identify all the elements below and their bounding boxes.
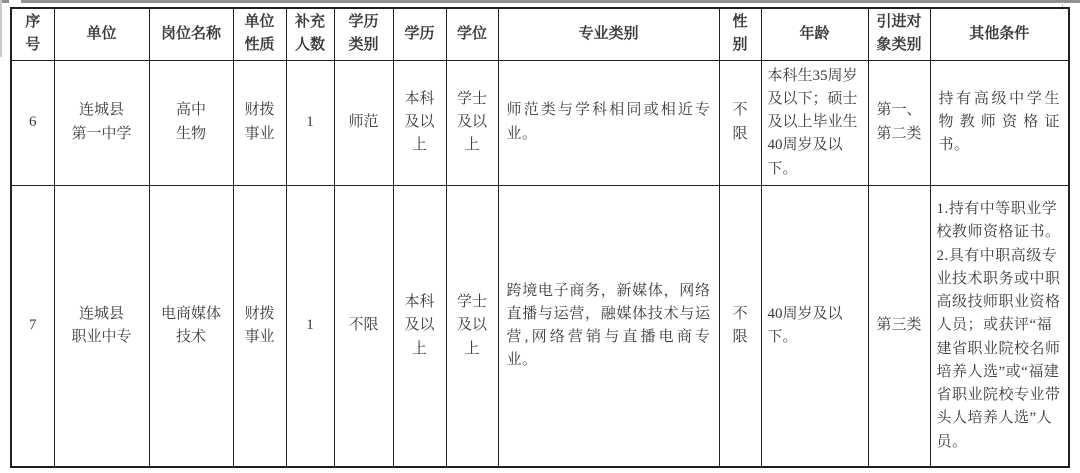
header-education: 学历 bbox=[393, 8, 446, 60]
header-position-name: 岗位名称 bbox=[149, 8, 233, 60]
table-row-6: 6 连城县 第一中学 高中 生物 财拨 事业 1 师范 本科 及以 上 学士 及… bbox=[11, 60, 1069, 185]
cell-intro-target-category: 第一、 第二类 bbox=[868, 60, 930, 185]
cell-position-name: 电商媒体 技术 bbox=[149, 185, 233, 467]
header-headcount: 补充 人数 bbox=[286, 8, 334, 60]
cell-unit: 连城县 第一中学 bbox=[54, 60, 149, 185]
cell-other-conditions: 持有高级中学生物教师资格证书。 bbox=[930, 60, 1069, 185]
page-top-edge-gap bbox=[9, 0, 21, 3]
cell-degree: 学士 及以 上 bbox=[446, 185, 498, 467]
cell-age: 本科生35周岁及以下；硕士及以上毕业生40周岁及以下。 bbox=[761, 60, 868, 185]
header-serial-number: 序 号 bbox=[11, 8, 54, 60]
header-education-category: 学历 类别 bbox=[334, 8, 393, 60]
table-row-7: 7 连城县 职业中专 电商媒体 技术 财拨 事业 1 不限 本科 及以 上 学士… bbox=[11, 185, 1069, 467]
cell-intro-target-category: 第三类 bbox=[868, 185, 930, 467]
cell-education: 本科 及以 上 bbox=[393, 185, 446, 467]
cell-education-category: 不限 bbox=[334, 185, 393, 467]
cell-unit: 连城县 职业中专 bbox=[54, 185, 149, 467]
header-age: 年龄 bbox=[761, 8, 868, 60]
cell-major-category: 师范类与学科相同或相近专业。 bbox=[498, 60, 719, 185]
cell-unit-type: 财拨 事业 bbox=[233, 185, 286, 467]
header-gender: 性 别 bbox=[719, 8, 761, 60]
header-degree: 学位 bbox=[446, 8, 498, 60]
header-unit: 单位 bbox=[54, 8, 149, 60]
cell-serial-number: 7 bbox=[11, 185, 54, 467]
cell-degree: 学士 及以 上 bbox=[446, 60, 498, 185]
cell-gender: 不 限 bbox=[719, 185, 761, 467]
header-major-category: 专业类别 bbox=[498, 8, 719, 60]
cell-serial-number: 6 bbox=[11, 60, 54, 185]
page-top-edge bbox=[0, 0, 1080, 3]
cell-major-category: 跨境电子商务，新媒体，网络直播与运营，融媒体技术与运营,网络营销与直播电商专业。 bbox=[498, 185, 719, 467]
cell-age: 40周岁及以下。 bbox=[761, 185, 868, 467]
cell-education-category: 师范 bbox=[334, 60, 393, 185]
cell-education: 本科 及以 上 bbox=[393, 60, 446, 185]
cell-headcount: 1 bbox=[286, 60, 334, 185]
header-unit-type: 单位 性质 bbox=[233, 8, 286, 60]
header-other-conditions: 其他条件 bbox=[930, 8, 1069, 60]
table-header-row: 序 号 单位 岗位名称 单位 性质 补充 人数 学历 类别 学历 学位 专业类别… bbox=[11, 8, 1069, 60]
recruitment-table: 序 号 单位 岗位名称 单位 性质 补充 人数 学历 类别 学历 学位 专业类别… bbox=[10, 7, 1070, 468]
cell-headcount: 1 bbox=[286, 185, 334, 467]
cell-other-conditions: 1.持有中等职业学校教师资格证书。 2.具有中职高级专业技术职务或中职高级技师职… bbox=[930, 185, 1069, 467]
page-left-edge bbox=[0, 0, 2, 57]
cell-gender: 不 限 bbox=[719, 60, 761, 185]
header-intro-target-category: 引进对 象类别 bbox=[868, 8, 930, 60]
cell-position-name: 高中 生物 bbox=[149, 60, 233, 185]
cell-unit-type: 财拨 事业 bbox=[233, 60, 286, 185]
